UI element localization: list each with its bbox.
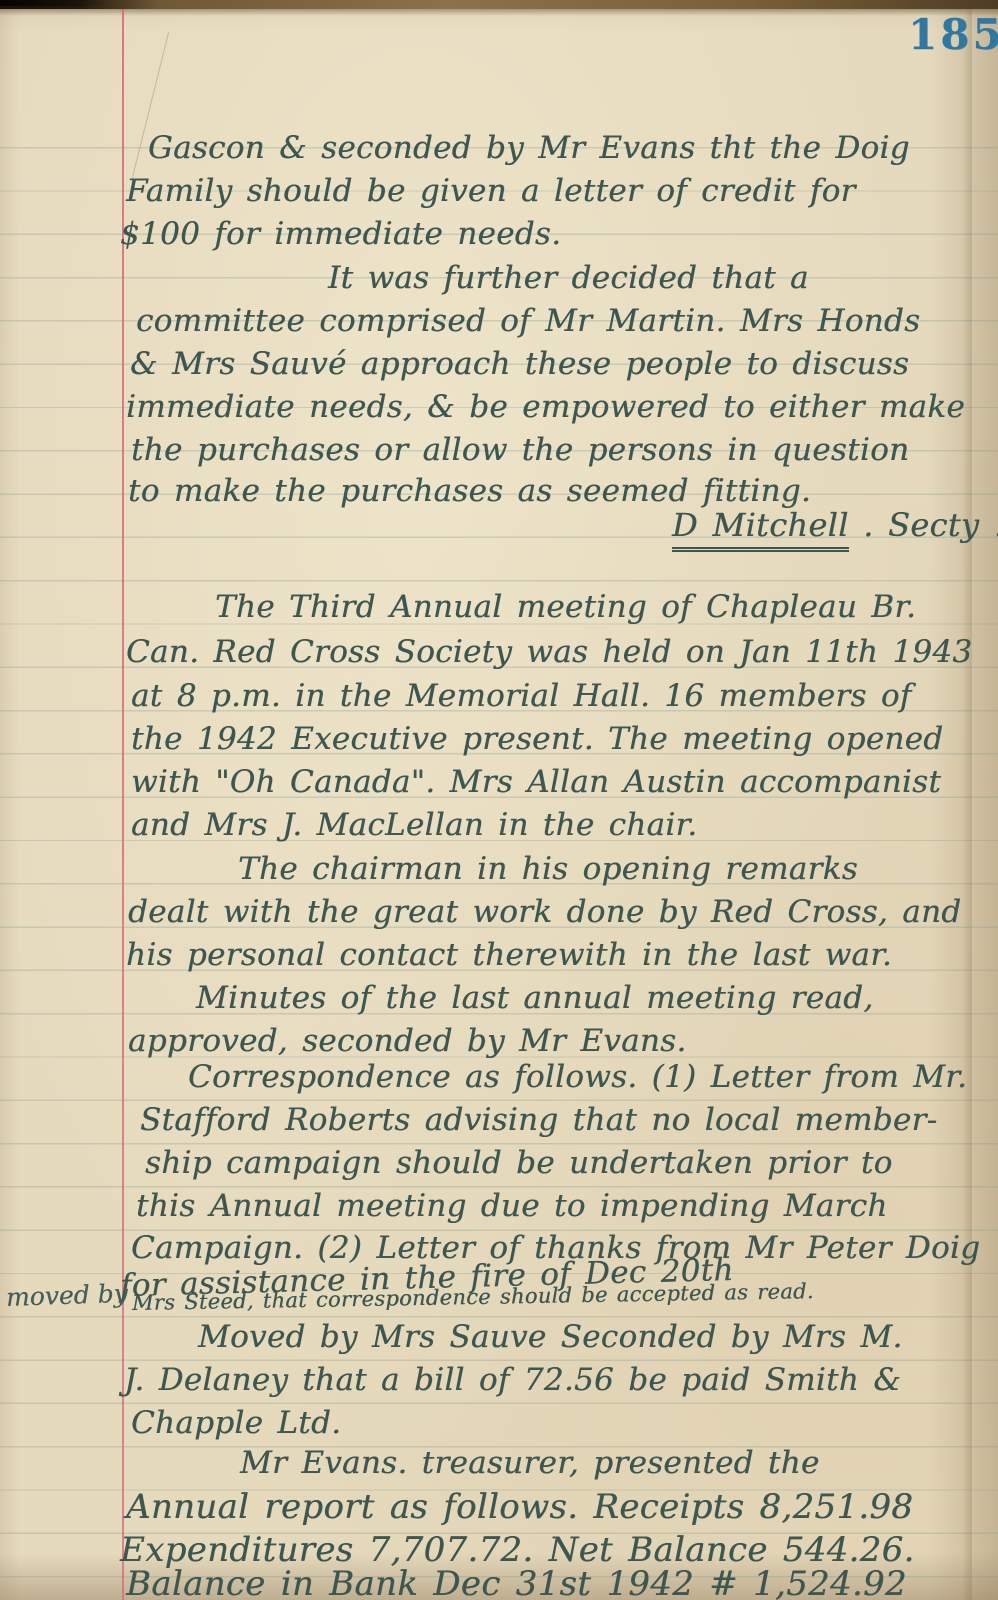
handwriting-line: $100 for immediate needs.	[120, 217, 561, 251]
handwriting-line: The chairman in his opening remarks	[238, 852, 858, 886]
handwriting-line: approved, seconded by Mr Evans.	[128, 1024, 686, 1058]
signature: D Mitchell . Secty .	[672, 508, 998, 543]
handwriting-line: Balance in Bank Dec 31st 1942 # 1,524.92	[126, 1566, 907, 1600]
handwriting-line: committee comprised of Mr Martin. Mrs Ho…	[136, 304, 920, 338]
handwriting-line: and Mrs J. MacLellan in the chair.	[131, 808, 697, 842]
handwriting-line: Moved by Mrs Sauve Seconded by Mrs M.	[198, 1320, 903, 1354]
page-edge-crease	[962, 0, 972, 1600]
handwriting-line: Can. Red Cross Society was held on Jan 1…	[126, 635, 972, 669]
handwriting-line: immediate needs, & be empowered to eithe…	[126, 390, 965, 424]
handwriting-line: the 1942 Executive present. The meeting …	[131, 722, 943, 756]
handwriting-line: this Annual meeting due to impending Mar…	[136, 1189, 888, 1223]
page-number: 185	[908, 10, 998, 59]
handwriting-line: Family should be given a letter of credi…	[126, 174, 856, 208]
page-top-edge-shadow	[0, 9, 998, 16]
handwriting-line: the purchases or allow the persons in qu…	[131, 433, 909, 467]
handwriting-line: Minutes of the last annual meeting read,	[196, 981, 873, 1015]
signature-title: . Secty .	[849, 506, 998, 544]
handwriting-line: ship campaign should be undertaken prior…	[145, 1146, 893, 1180]
handwriting-line: Correspondence as follows. (1) Letter fr…	[188, 1060, 967, 1094]
handwriting-line: Chapple Ltd.	[131, 1406, 341, 1440]
handwriting-line: with "Oh Canada". Mrs Allan Austin accom…	[131, 765, 941, 799]
handwriting-line: Mr Evans. treasurer, presented the	[240, 1446, 820, 1480]
handwriting-line: Stafford Roberts advising that no local …	[140, 1103, 937, 1137]
handwriting-line: his personal contact therewith in the la…	[126, 938, 892, 972]
handwriting-line: dealt with the great work done by Red Cr…	[128, 895, 961, 929]
handwriting-line: at 8 p.m. in the Memorial Hall. 16 membe…	[131, 679, 912, 713]
handwriting-line: & Mrs Sauvé approach these people to dis…	[130, 347, 909, 381]
handwriting-line: to make the purchases as seemed fitting.	[128, 474, 811, 508]
handwriting-line: Gascon & seconded by Mr Evans tht the Do…	[148, 131, 910, 165]
handwriting-line: The Third Annual meeting of Chapleau Br.	[215, 590, 916, 624]
handwriting-line: J. Delaney that a bill of 72.56 be paid …	[124, 1363, 901, 1397]
margin-note: moved by	[5, 1279, 128, 1312]
handwriting-line: Annual report as follows. Receipts 8,251…	[126, 1489, 913, 1526]
signature-name: D Mitchell	[672, 506, 849, 552]
page-top-edge	[0, 0, 998, 9]
handwriting-line: It was further decided that a	[328, 261, 809, 295]
corner-shadow	[0, 0, 110, 6]
notebook-page: 185 D Mitchell . Secty . Gascon & second…	[0, 0, 998, 1600]
